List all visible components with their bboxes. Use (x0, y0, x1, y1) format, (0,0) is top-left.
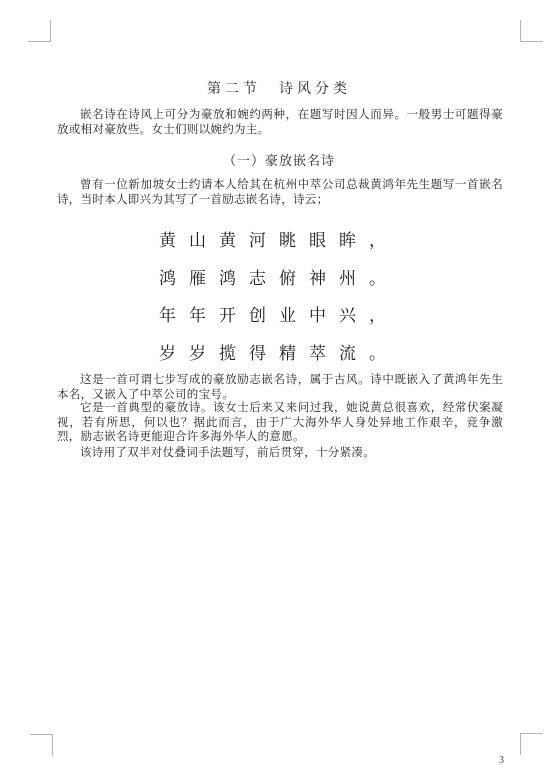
page-number: 3 (499, 755, 504, 766)
paragraph-background: 曾有一位新加坡女士约请本人给其在杭州中萃公司总裁黄鸿年先生题写一首嵌名诗，当时本… (57, 178, 503, 207)
section-title: 第二节 诗风分类 (0, 78, 558, 98)
poem-line-1: 黄山黄河眺眼眸， (40, 222, 518, 260)
paragraph-intro: 嵌名诗在诗风上可分为豪放和婉约两种，在题写时因人而异。一般男士可题得豪放或相对豪… (57, 108, 503, 137)
corner-mark-top-right (520, 20, 543, 42)
paragraph-analysis-1: 这是一首可谓七步写成的豪放励志嵌名诗，属于古风。诗中既嵌入了黄鸿年先生本名，又嵌… (57, 373, 503, 402)
poem-block: 黄山黄河眺眼眸， 鸿雁鸿志俯神州。 年年开创业中兴， 岁岁揽得精萃流。 (40, 222, 518, 372)
corner-mark-top-left (28, 20, 51, 42)
paragraph-conclusion: 该诗用了双半对仗叠词手法题写，前后贯穿，十分紧凑。 (57, 446, 503, 461)
poem-line-2: 鸿雁鸿志俯神州。 (40, 260, 518, 298)
corner-mark-bottom-right (520, 733, 543, 755)
poem-line-3: 年年开创业中兴， (40, 297, 518, 335)
poem-line-4: 岁岁揽得精萃流。 (40, 335, 518, 373)
paragraph-analysis-2: 它是一首典型的豪放诗。该女士后来又来问过我，她说黄总很喜欢，经常伏案凝视，若有所… (57, 401, 503, 445)
subsection-title: （一）豪放嵌名诗 (0, 150, 558, 169)
corner-mark-bottom-left (30, 734, 53, 756)
document-page: 第二节 诗风分类 嵌名诗在诗风上可分为豪放和婉约两种，在题写时因人而异。一般男士… (0, 0, 558, 768)
